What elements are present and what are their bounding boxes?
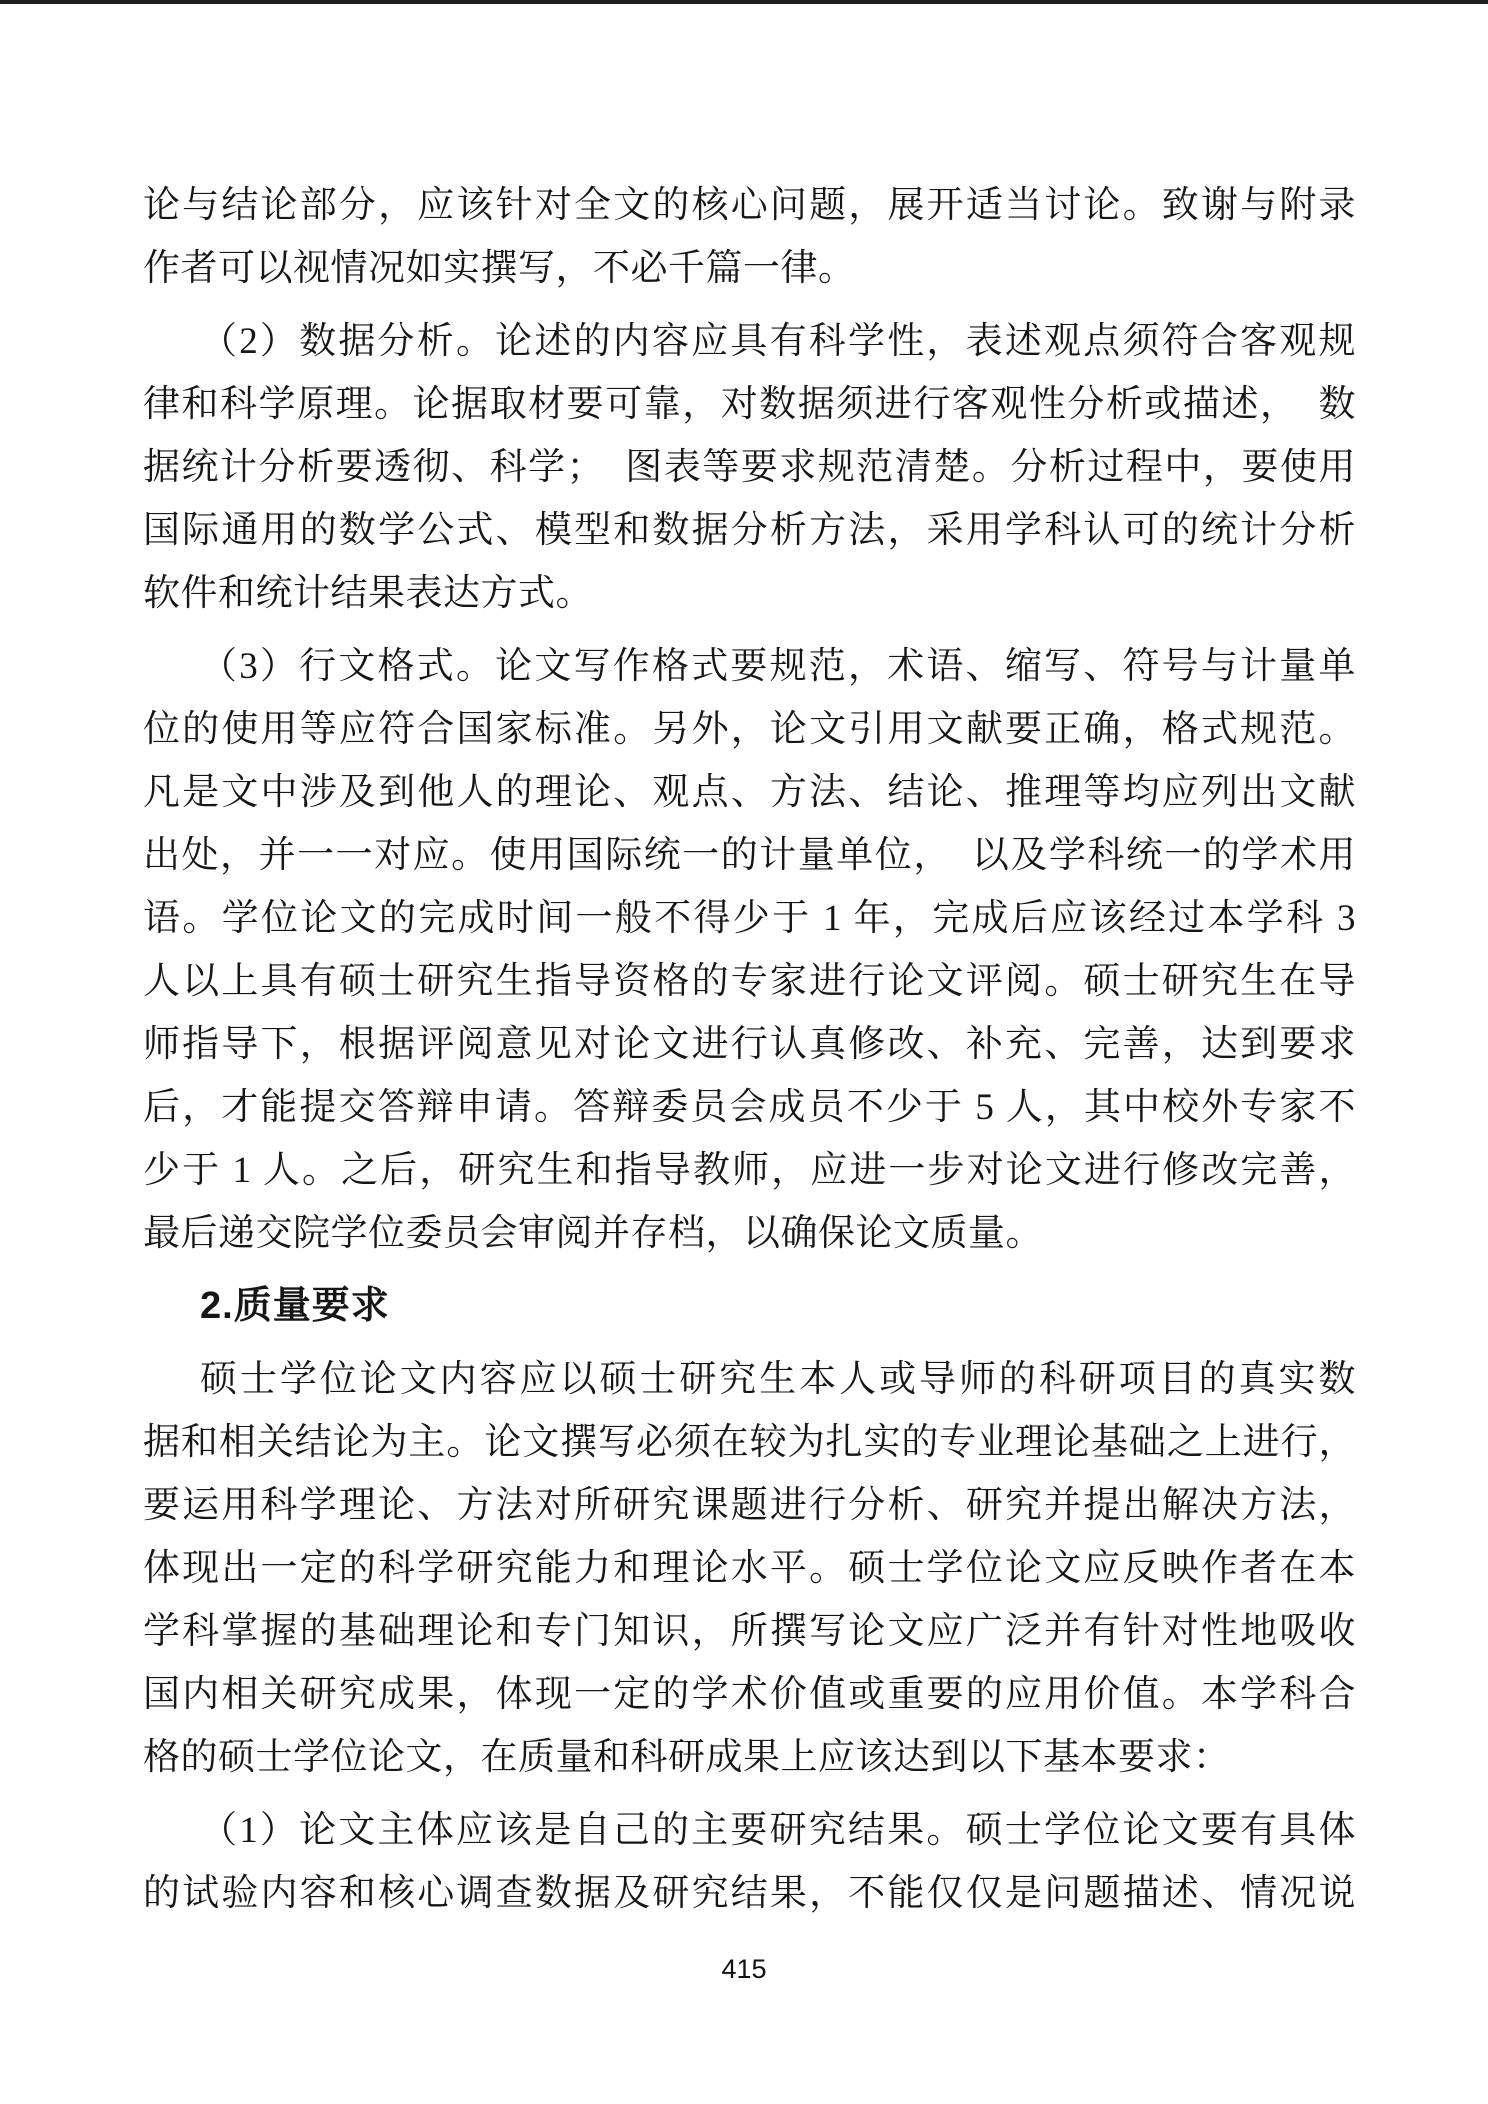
text-line: 后，才能提交答辩申请。答辩委员会成员不少于 5 人，其中校外专家不 xyxy=(143,1076,1356,1139)
text-line: 国内相关研究成果，体现一定的学术价值或重要的应用价值。本学科合 xyxy=(143,1663,1356,1726)
text-line: 体现出一定的科学研究能力和理论水平。硕士学位论文应反映作者在本 xyxy=(143,1537,1356,1600)
section-heading: 2.质量要求 xyxy=(143,1275,1356,1338)
document-body: 论与结论部分，应该针对全文的核心问题，展开适当讨论。致谢与附录作者可以视情况如实… xyxy=(143,174,1356,1925)
text-line: 位的使用等应符合国家标准。另外，论文引用文献要正确，格式规范。 xyxy=(143,698,1356,761)
text-line: 国际通用的数学公式、模型和数据分析方法，采用学科认可的统计分析 xyxy=(143,499,1356,562)
page-top-edge xyxy=(0,0,1488,4)
text-line: 硕士学位论文内容应以硕士研究生本人或导师的科研项目的真实数 xyxy=(143,1348,1356,1411)
text-line: 的试验内容和核心调查数据及研究结果，不能仅仅是问题描述、情况说 xyxy=(143,1862,1356,1925)
text-line: 出处，并一一对应。使用国际统一的计量单位， 以及学科统一的学术用 xyxy=(143,824,1356,887)
document-page: { "document": { "lines": [ { "text": "论与… xyxy=(0,0,1488,2104)
text-line: 最后递交院学位委员会审阅并存档，以确保论文质量。 xyxy=(143,1202,1356,1265)
text-line: 论与结论部分，应该针对全文的核心问题，展开适当讨论。致谢与附录 xyxy=(143,174,1356,237)
text-line: 要运用科学理论、方法对所研究课题进行分析、研究并提出解决方法， xyxy=(143,1474,1356,1537)
text-line: 人以上具有硕士研究生指导资格的专家进行论文评阅。硕士研究生在导 xyxy=(143,950,1356,1013)
text-line: 律和科学原理。论据取材要可靠，对数据须进行客观性分析或描述， 数 xyxy=(143,373,1356,436)
text-line: 少于 1 人。之后，研究生和指导教师，应进一步对论文进行修改完善， xyxy=(143,1139,1356,1202)
text-line: 学科掌握的基础理论和专门知识，所撰写论文应广泛并有针对性地吸收 xyxy=(143,1600,1356,1663)
text-line: 语。学位论文的完成时间一般不得少于 1 年，完成后应该经过本学科 3 xyxy=(143,887,1356,950)
text-line: 据和相关结论为主。论文撰写必须在较为扎实的专业理论基础之上进行， xyxy=(143,1411,1356,1474)
text-line: （3）行文格式。论文写作格式要规范，术语、缩写、符号与计量单 xyxy=(143,635,1356,698)
text-line: 软件和统计结果表达方式。 xyxy=(143,562,1356,625)
text-line: 凡是文中涉及到他人的理论、观点、方法、结论、推理等均应列出文献 xyxy=(143,761,1356,824)
text-line: 据统计分析要透彻、科学； 图表等要求规范清楚。分析过程中，要使用 xyxy=(143,436,1356,499)
text-line: 作者可以视情况如实撰写，不必千篇一律。 xyxy=(143,237,1356,300)
page-number: 415 xyxy=(0,1952,1488,1986)
text-line: （2）数据分析。论述的内容应具有科学性，表述观点须符合客观规 xyxy=(143,310,1356,373)
text-line: 师指导下，根据评阅意见对论文进行认真修改、补充、完善，达到要求 xyxy=(143,1013,1356,1076)
text-line: 格的硕士学位论文，在质量和科研成果上应该达到以下基本要求： xyxy=(143,1726,1356,1789)
text-line: （1）论文主体应该是自己的主要研究结果。硕士学位论文要有具体 xyxy=(143,1799,1356,1862)
